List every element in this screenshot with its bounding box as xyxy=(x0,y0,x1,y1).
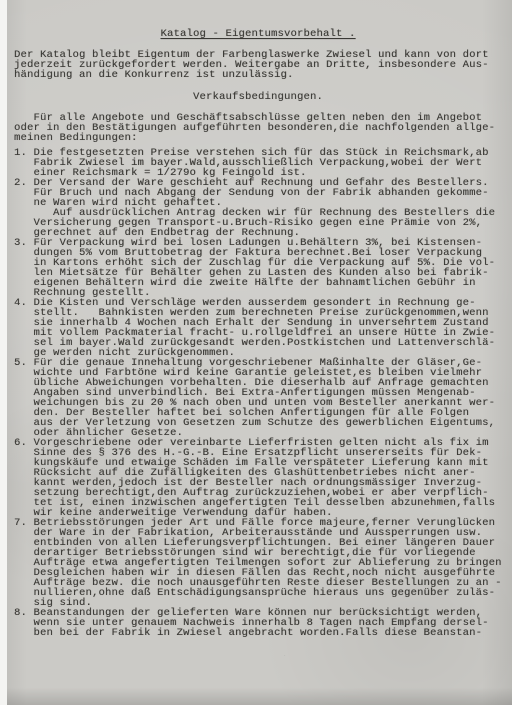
condition-item-3: 3. Für Verpackung wird bei losen Ladunge… xyxy=(14,238,502,298)
item-number: 5. xyxy=(14,358,34,368)
conditions-list: 1. Die festgesetzten Preise verstehen si… xyxy=(14,148,502,638)
condition-item-4: 4. Die Kisten und Verschläge werden auss… xyxy=(14,298,502,358)
item-number: 2. xyxy=(14,178,34,188)
item-text: Betriebsstörungen jeder Art und Fälle fo… xyxy=(34,518,503,608)
item-number: 8. xyxy=(14,608,34,618)
document-title: Katalog - Eigentumsvorbehalt . xyxy=(14,28,502,41)
condition-item-7: 7. Betriebsstörungen jeder Art und Fälle… xyxy=(14,518,502,608)
item-number: 1. xyxy=(14,148,34,158)
item-number: 7. xyxy=(14,518,34,528)
section-heading-verkaufsbedingungen: Verkaufsbedingungen. xyxy=(14,92,502,102)
document-page: Katalog - Eigentumsvorbehalt . Der Katal… xyxy=(7,0,512,705)
item-text: Beanstandungen der gelieferten Ware könn… xyxy=(34,608,503,638)
item-number: 3. xyxy=(14,238,34,248)
condition-item-6: 6. Vorgeschriebene oder vereinbarte Lief… xyxy=(14,438,502,518)
condition-item-1: 1. Die festgesetzten Preise verstehen si… xyxy=(14,148,502,178)
condition-item-2: 2. Der Versand der Ware geschieht auf Re… xyxy=(14,178,502,238)
item-text: Die Kisten und Verschläge werden ausserd… xyxy=(34,298,503,358)
preamble-paragraph: Für alle Angebote und Geschäftsabschlüss… xyxy=(14,113,502,143)
condition-item-5: 5. Für die genaue Innehaltung vorgeschri… xyxy=(14,358,502,438)
item-text: Für Verpackung wird bei losen Ladungen u… xyxy=(34,238,503,298)
item-number: 6. xyxy=(14,438,34,448)
intro-paragraph: Der Katalog bleibt Eigentum der Farbengl… xyxy=(14,50,502,80)
condition-item-8: 8. Beanstandungen der gelieferten Ware k… xyxy=(14,608,502,638)
item-text: Die festgesetzten Preise verstehen sich … xyxy=(34,148,503,178)
item-text: Der Versand der Ware geschieht auf Rechn… xyxy=(34,178,503,238)
scanned-document: Katalog - Eigentumsvorbehalt . Der Katal… xyxy=(0,0,512,705)
item-number: 4. xyxy=(14,298,34,308)
item-text: Für die genaue Innehaltung vorgeschriebe… xyxy=(34,358,503,438)
item-text: Vorgeschriebene oder vereinbarte Lieferf… xyxy=(34,438,503,518)
